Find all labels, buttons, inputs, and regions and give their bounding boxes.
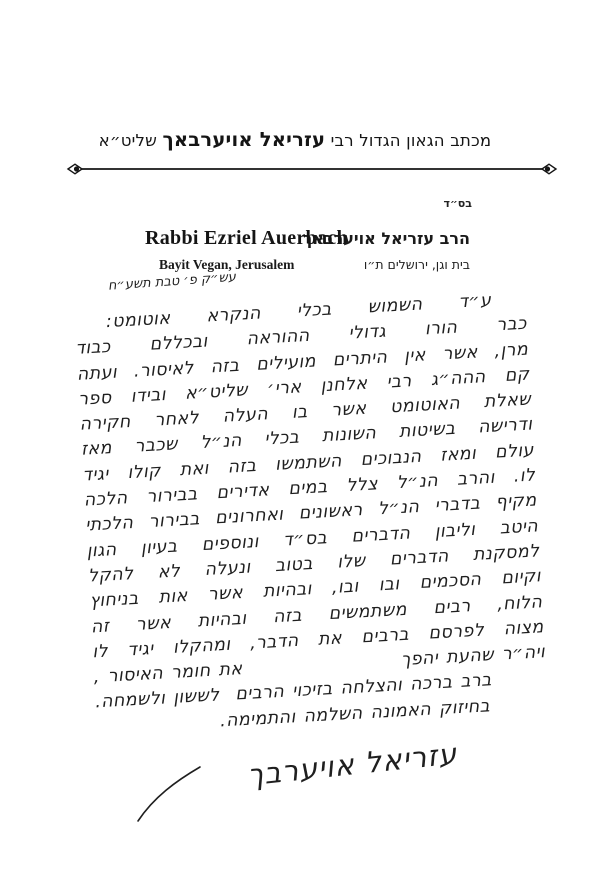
signature-flourish-icon xyxy=(128,763,208,829)
title-prefix: מכתב הגאון הגדול רבי xyxy=(331,131,492,150)
title-suffix: שליט״א xyxy=(99,131,157,150)
title-rabbi-name: עזריאל אויערבאך xyxy=(162,128,325,151)
divider-rule-icon xyxy=(66,160,558,178)
handwritten-date: עש״ק פ׳ טבת תשע״ח xyxy=(116,270,237,293)
bsd-label: בס״ד xyxy=(444,197,472,210)
letterhead-english-name: Rabbi Ezriel Auerbach xyxy=(145,227,348,250)
ornamental-divider xyxy=(66,160,558,178)
letterhead-english-address: Bayit Vegan, Jerusalem xyxy=(159,257,348,273)
scanned-letter-page: מכתב הגאון הגדול רבי עזריאל אויערבאך שלי… xyxy=(0,0,600,896)
page-title: מכתב הגאון הגדול רבי עזריאל אויערבאך שלי… xyxy=(60,128,530,151)
handwritten-body: ע״ד השמוש בכלי הנקרא אוטומט: כבר הורו גד… xyxy=(73,287,548,742)
letterhead-english: Rabbi Ezriel Auerbach Bayit Vegan, Jerus… xyxy=(145,227,348,273)
